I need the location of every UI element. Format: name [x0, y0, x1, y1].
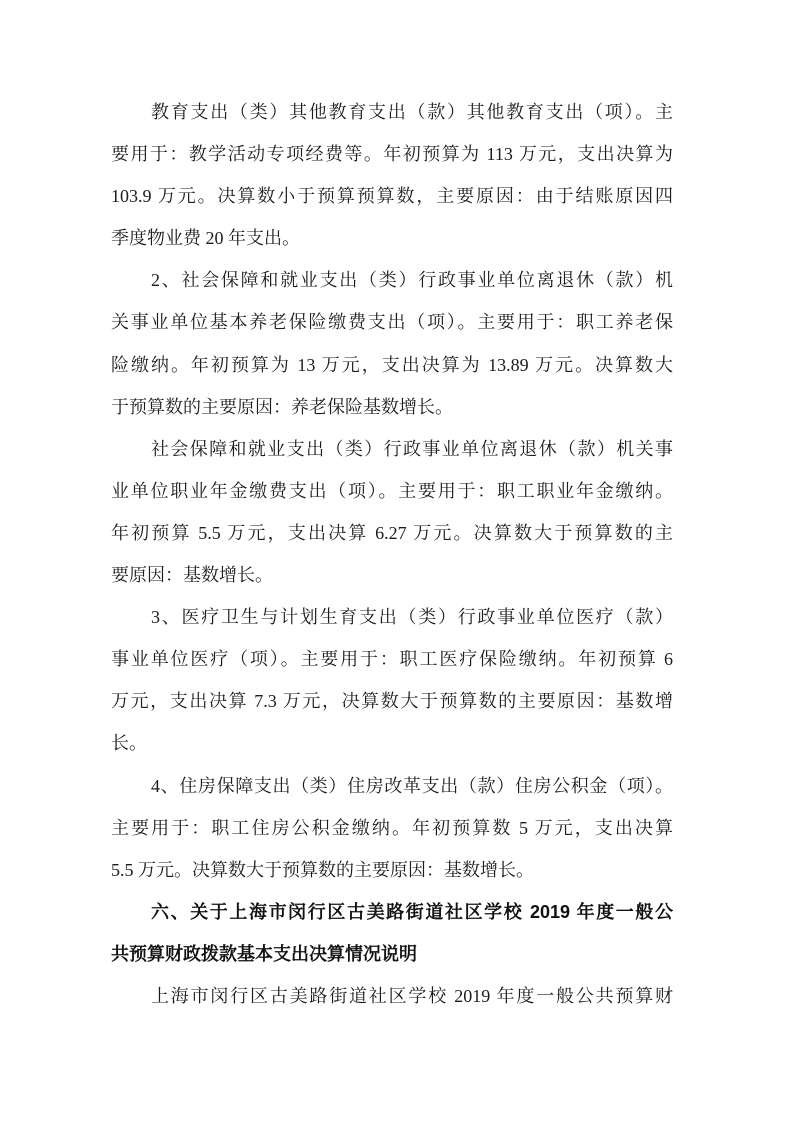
text-line: 于预算数的主要原因：养老保险基数增长。 — [111, 386, 673, 428]
text-line: 事业单位医疗（项）。主要用于：职工医疗保险缴纳。年初预算 6 — [111, 638, 673, 680]
paragraph-basic-expenditure-intro: 上海市闵行区古美路街道社区学校 2019 年度一般公共预算财 — [111, 975, 673, 1017]
text-line: 业单位职业年金缴费支出（项）。主要用于：职工职业年金缴纳。 — [111, 470, 673, 512]
text-line: 教育支出（类）其他教育支出（款）其他教育支出（项）。主 — [111, 91, 673, 133]
text-line: 5.5 万元。决算数大于预算数的主要原因：基数增长。 — [111, 849, 673, 891]
paragraph-housing-fund: 4、住房保障支出（类）住房改革支出（款）住房公积金（项）。 主要用于：职工住房公… — [111, 765, 673, 891]
text-line: 4、住房保障支出（类）住房改革支出（款）住房公积金（项）。 — [111, 765, 673, 807]
text-line: 险缴纳。年初预算为 13 万元，支出决算为 13.89 万元。决算数大 — [111, 344, 673, 386]
text-line: 103.9 万元。决算数小于预算预算数，主要原因：由于结账原因四 — [111, 175, 673, 217]
document-text-block: 教育支出（类）其他教育支出（款）其他教育支出（项）。主 要用于：教学活动专项经费… — [111, 91, 673, 1017]
paragraph-social-security-pension: 2、社会保障和就业支出（类）行政事业单位离退休（款）机 关事业单位基本养老保险缴… — [111, 259, 673, 427]
text-line: 万元，支出决算 7.3 万元，决算数大于预算数的主要原因：基数增 — [111, 680, 673, 722]
text-line: 主要用于：职工住房公积金缴纳。年初预算数 5 万元，支出决算 — [111, 807, 673, 849]
text-line: 共预算财政拨款基本支出决算情况说明 — [111, 933, 673, 975]
text-line: 年初预算 5.5 万元，支出决算 6.27 万元。决算数大于预算数的主 — [111, 512, 673, 554]
paragraph-occupational-annuity: 社会保障和就业支出（类）行政事业单位离退休（款）机关事 业单位职业年金缴费支出（… — [111, 428, 673, 596]
text-line: 季度物业费 20 年支出。 — [111, 217, 673, 259]
paragraph-education-expenditure: 教育支出（类）其他教育支出（款）其他教育支出（项）。主 要用于：教学活动专项经费… — [111, 91, 673, 259]
text-line: 2、社会保障和就业支出（类）行政事业单位离退休（款）机 — [111, 259, 673, 301]
document-page: 教育支出（类）其他教育支出（款）其他教育支出（项）。主 要用于：教学活动专项经费… — [0, 0, 793, 1122]
text-line: 上海市闵行区古美路街道社区学校 2019 年度一般公共预算财 — [111, 975, 673, 1017]
text-line: 要原因：基数增长。 — [111, 554, 673, 596]
text-line: 六、关于上海市闵行区古美路街道社区学校 2019 年度一般公 — [111, 891, 673, 933]
text-line: 社会保障和就业支出（类）行政事业单位离退休（款）机关事 — [111, 428, 673, 470]
text-line: 关事业单位基本养老保险缴费支出（项）。主要用于：职工养老保 — [111, 301, 673, 343]
text-line: 长。 — [111, 722, 673, 764]
text-line: 3、医疗卫生与计划生育支出（类）行政事业单位医疗（款） — [111, 596, 673, 638]
section-heading-six: 六、关于上海市闵行区古美路街道社区学校 2019 年度一般公 共预算财政拨款基本… — [111, 891, 673, 975]
paragraph-medical-expenditure: 3、医疗卫生与计划生育支出（类）行政事业单位医疗（款） 事业单位医疗（项）。主要… — [111, 596, 673, 764]
text-line: 要用于：教学活动专项经费等。年初预算为 113 万元，支出决算为 — [111, 133, 673, 175]
